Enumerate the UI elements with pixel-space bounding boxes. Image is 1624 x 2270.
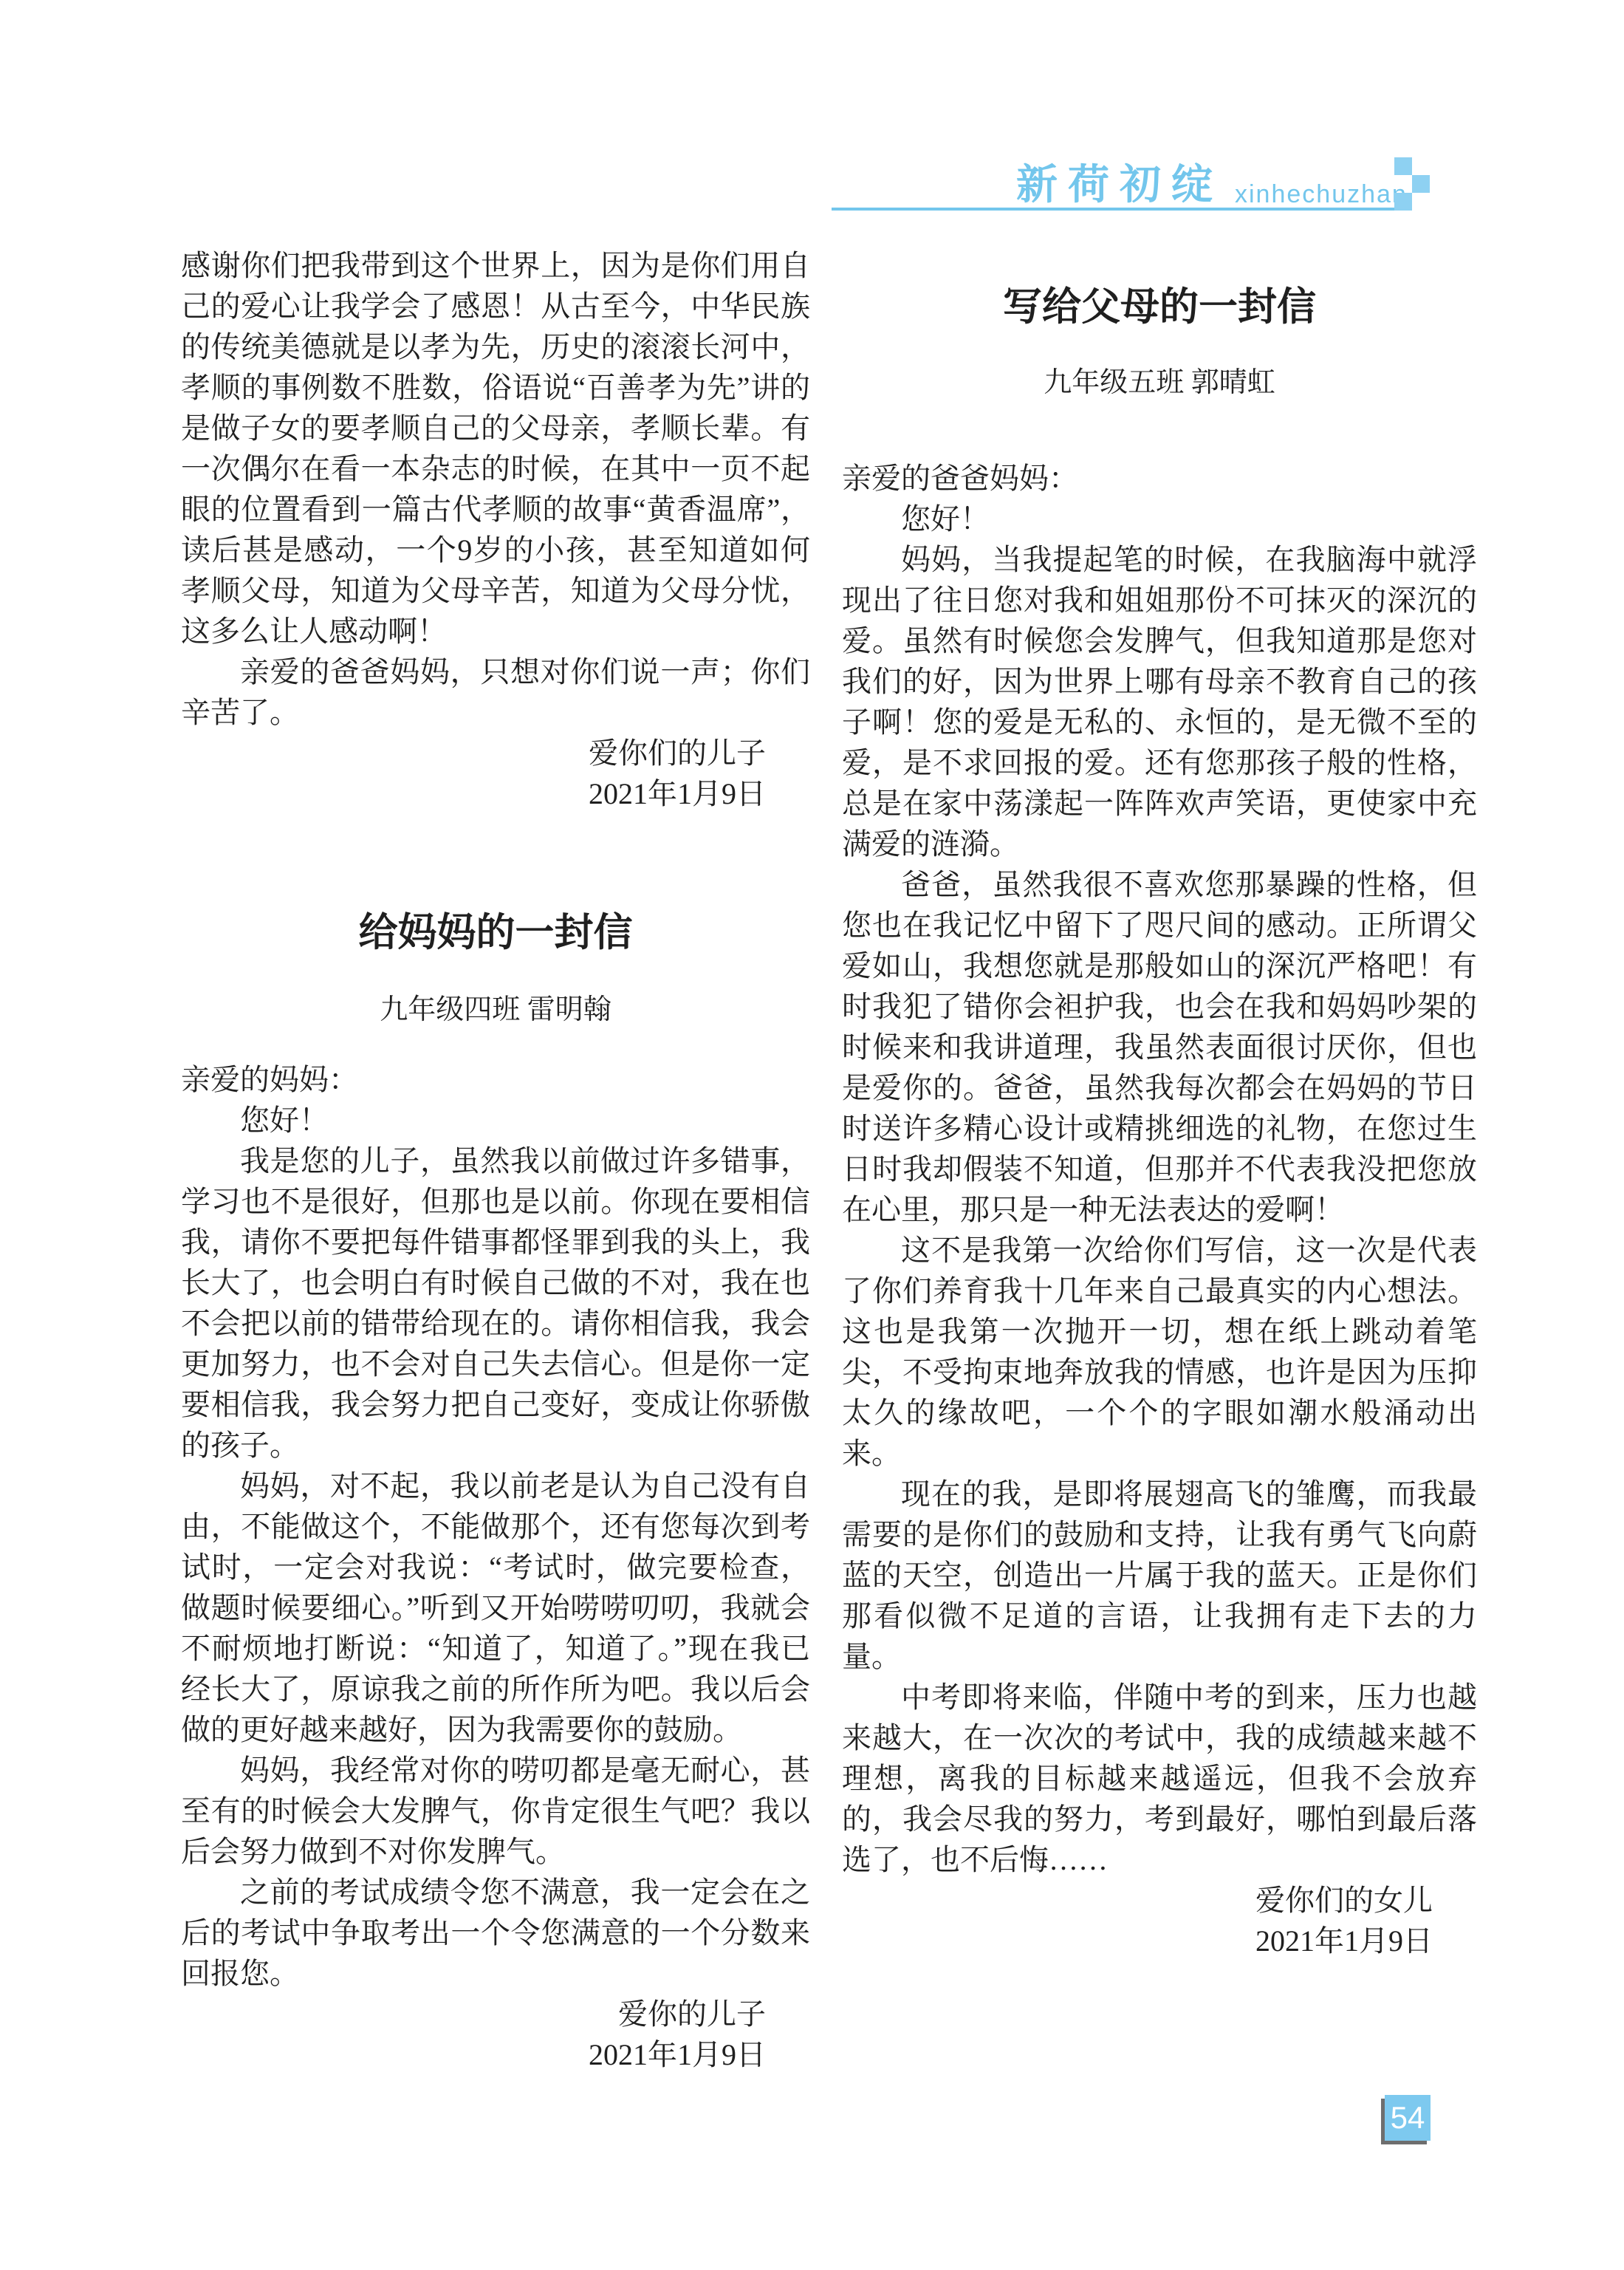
letter-author: 九年级五班 郭晴虹	[842, 363, 1477, 403]
letter-paragraph: 感谢你们把我带到这个世界上，因为是你们用自己的爱心让我学会了感恩！从古至今，中华…	[181, 245, 810, 652]
letter-paragraph: 中考即将来临，伴随中考的到来，压力也越来越大，在一次次的考试中，我的成绩越来越不…	[842, 1677, 1477, 1880]
letter-paragraph: 妈妈，当我提起笔的时候，在我脑海中就浮现出了往日您对我和姐姐那份不可抹灭的深沉的…	[842, 539, 1477, 864]
letter-greeting: 亲爱的爸爸妈妈：	[842, 458, 1477, 499]
letter-signature: 爱你的儿子	[181, 1994, 810, 2034]
letter-paragraph: 我是您的儿子，虽然我以前做过许多错事，学习也不是很好，但那也是以前。你现在要相信…	[181, 1141, 810, 1466]
letter-paragraph: 爸爸，虽然我很不喜欢您那暴躁的性格，但您也在我记忆中留下了咫尺间的感动。正所谓父…	[842, 864, 1477, 1230]
logo-decoration-square	[1412, 175, 1430, 193]
letter-to-parents: 写给父母的一封信 九年级五班 郭晴虹 亲爱的爸爸妈妈： 您好！ 妈妈，当我提起笔…	[842, 281, 1477, 1961]
letter-date: 2021年1月9日	[181, 2034, 810, 2075]
header-divider-line	[832, 208, 1399, 211]
magazine-page: 新荷初绽 xinhechuzhan 感谢你们把我带到这个世界上，因为是你们用自己…	[0, 0, 1624, 2270]
letter-paragraph: 现在的我，是即将展翅高飞的雏鹰，而我最需要的是你们的鼓励和支持，让我有勇气飞向蔚…	[842, 1474, 1477, 1677]
letter-signature: 爱你们的女儿	[842, 1880, 1477, 1921]
letter-title: 写给父母的一封信	[842, 281, 1477, 334]
letter-date: 2021年1月9日	[181, 773, 810, 814]
left-column: 感谢你们把我带到这个世界上，因为是你们用自己的爱心让我学会了感恩！从古至今，中华…	[181, 245, 810, 2075]
letter-greeting: 亲爱的妈妈：	[181, 1059, 810, 1100]
magazine-logo-chinese: 新荷初绽	[1016, 163, 1223, 207]
letter-author: 九年级四班 雷明翰	[181, 991, 810, 1030]
letter-salute: 您好！	[181, 1100, 810, 1141]
page-number-badge: 54	[1385, 2095, 1431, 2141]
letter-salute: 您好！	[842, 499, 1477, 539]
letter-paragraph: 亲爱的爸爸妈妈，只想对你们说一声；你们辛苦了。	[181, 652, 810, 733]
letter-paragraph: 妈妈，我经常对你的唠叨都是毫无耐心，甚至有的时候会大发脾气，你肯定很生气吧？我以…	[181, 1750, 810, 1872]
letter-signature: 爱你们的儿子	[181, 733, 810, 773]
letter-date: 2021年1月9日	[842, 1921, 1477, 1961]
right-column: 写给父母的一封信 九年级五班 郭晴虹 亲爱的爸爸妈妈： 您好！ 妈妈，当我提起笔…	[842, 281, 1477, 1961]
letter-paragraph: 这不是我第一次给你们写信，这一次是代表了你们养育我十几年来自己最真实的内心想法。…	[842, 1230, 1477, 1474]
logo-decoration-square	[1394, 193, 1412, 211]
logo-decoration-square	[1394, 157, 1412, 175]
letter-paragraph: 妈妈，对不起，我以前老是认为自己没有自由，不能做这个，不能做那个，还有您每次到考…	[181, 1466, 810, 1750]
magazine-logo-pinyin: xinhechuzhan	[1235, 180, 1408, 209]
letter-paragraph: 之前的考试成绩令您不满意，我一定会在之后的考试中争取考出一个令您满意的一个分数来…	[181, 1872, 810, 1994]
letter-title: 给妈妈的一封信	[181, 906, 810, 960]
page-number: 54	[1391, 2102, 1425, 2133]
letter-to-mom: 给妈妈的一封信 九年级四班 雷明翰 亲爱的妈妈： 您好！ 我是您的儿子，虽然我以…	[181, 906, 810, 2075]
letter-continuation: 感谢你们把我带到这个世界上，因为是你们用自己的爱心让我学会了感恩！从古至今，中华…	[181, 245, 810, 814]
